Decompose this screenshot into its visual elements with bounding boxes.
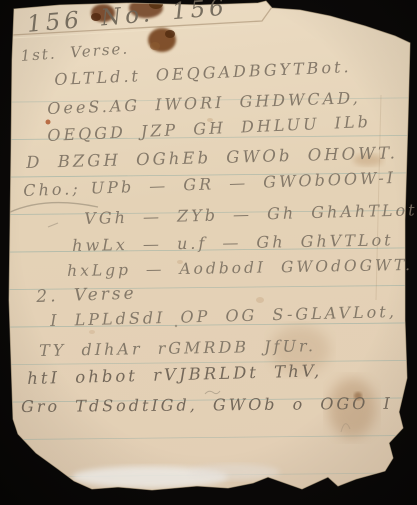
verse2-line: htI ohbot rVJBRLDt ThV, [27,361,322,388]
chorus-line: Cho.;UPb — GR — GWObOOW-I [23,168,396,200]
verse1-line: OLTLd.t OEQGADBGYTBot. [54,57,352,89]
verse1-line: D BZGH OGhEb GWOb OHOWT. [26,143,398,172]
chorus-line: VGh — ZYb — Gh GhAhTLot [84,200,417,228]
verse2-line: I LPLdSdI OP OG S-GLAVLot, [50,302,397,330]
catalog-number: 156 No. 156 [26,0,229,38]
chorus-label: Cho.; [23,179,81,200]
chorus-line: hxLgp — AodbodI GWOdOGWT. [67,256,413,280]
verse1-line: OEQGD JZP GH DHLUU ILb [47,112,371,145]
verse2-label: 2. Verse [36,283,137,306]
handwriting-layer: 156 No. 156 1st. Verse. OLTLd.t OEQGADBG… [0,0,417,505]
chorus-line: hwLx — u.f — Gh GhVTLot [72,230,394,255]
chorus-line-text: UPb — GR — GWObOOW-I [90,168,396,198]
verse1-label: 1st. Verse. [20,39,130,65]
photo-background: 156 No. 156 1st. Verse. OLTLd.t OEQGADBG… [0,0,417,505]
verse2-line: TY dIhAr rGMRDB JfUr. [39,336,316,360]
verse2-line: Gro TdSodtIGd, GWOb o OGO I [21,394,393,416]
